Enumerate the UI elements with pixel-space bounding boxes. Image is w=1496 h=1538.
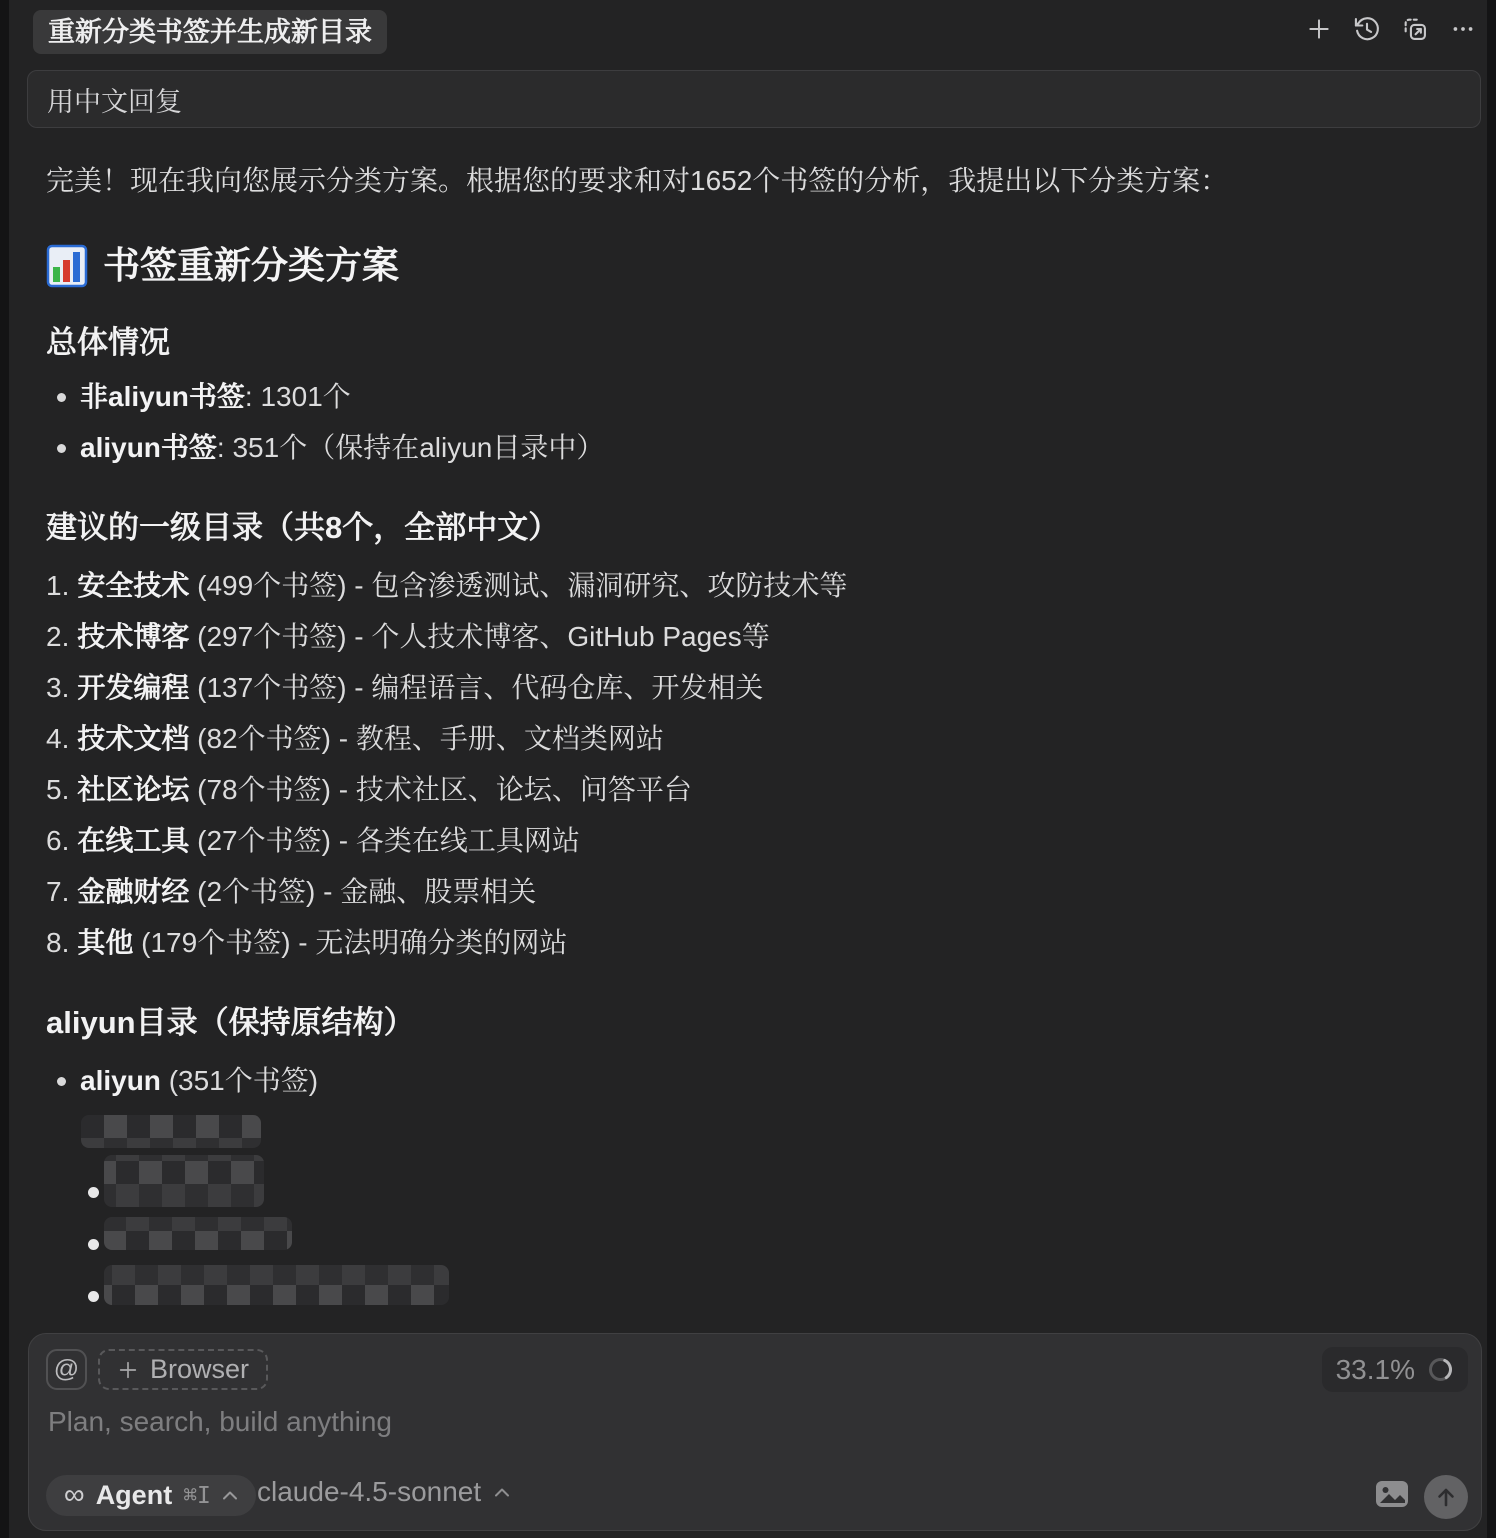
mention-button[interactable]: @ bbox=[46, 1349, 87, 1390]
right-edge-divider bbox=[1487, 0, 1496, 1538]
new-chat-button[interactable] bbox=[1304, 14, 1334, 44]
context-usage-indicator: 33.1% bbox=[1322, 1347, 1468, 1392]
more-options-button[interactable] bbox=[1448, 14, 1478, 44]
aliyun-list: aliyun (351个书签) bbox=[46, 1064, 1446, 1098]
history-button[interactable] bbox=[1352, 14, 1382, 44]
agent-shortcut: ⌘I bbox=[183, 1483, 211, 1509]
image-icon bbox=[1375, 1480, 1409, 1508]
user-message: 用中文回复 bbox=[27, 70, 1481, 128]
directories-heading: 建议的一级目录（共8个，全部中文） bbox=[46, 509, 1446, 547]
bullet-dot bbox=[88, 1291, 99, 1302]
list-item: 7.金融财经 (2个书签) - 金融、股票相关 bbox=[46, 875, 1446, 909]
history-icon bbox=[1353, 15, 1381, 43]
agent-mode-selector[interactable]: ∞ Agent ⌘I bbox=[46, 1475, 256, 1516]
more-icon bbox=[1450, 16, 1476, 42]
attach-image-button[interactable] bbox=[1375, 1480, 1409, 1508]
model-selector[interactable]: claude-4.5-sonnet bbox=[257, 1476, 510, 1508]
chevron-up-icon bbox=[494, 1487, 510, 1498]
list-item: 8.其他 (179个书签) - 无法明确分类的网站 bbox=[46, 926, 1446, 960]
redacted-block bbox=[104, 1155, 264, 1207]
composer-input[interactable]: Plan, search, build anything bbox=[48, 1406, 1461, 1438]
redacted-block bbox=[81, 1115, 261, 1148]
left-edge-divider bbox=[0, 0, 9, 1538]
popout-icon bbox=[1401, 15, 1429, 43]
usage-percent: 33.1% bbox=[1336, 1354, 1415, 1386]
list-item: 非aliyun书签: 1301个 bbox=[46, 380, 1446, 414]
at-icon: @ bbox=[54, 1355, 79, 1384]
list-item: aliyun (351个书签) bbox=[46, 1064, 1446, 1098]
aliyun-heading: aliyun目录（保持原结构） bbox=[46, 1004, 1446, 1042]
assistant-intro: 完美！现在我向您展示分类方案。根据您的要求和对1652个书签的分析，我提出以下分… bbox=[46, 164, 1446, 198]
plus-icon bbox=[1306, 16, 1332, 42]
redacted-block bbox=[104, 1265, 449, 1305]
list-item: 3.开发编程 (137个书签) - 编程语言、代码仓库、开发相关 bbox=[46, 671, 1446, 705]
overview-list: 非aliyun书签: 1301个 aliyun书签: 351个（保持在aliyu… bbox=[46, 380, 1446, 465]
plus-icon bbox=[117, 1359, 139, 1381]
browser-chip-label: Browser bbox=[150, 1354, 249, 1385]
arrow-up-icon bbox=[1434, 1485, 1458, 1509]
list-item: aliyun书签: 351个（保持在aliyun目录中） bbox=[46, 431, 1446, 465]
list-item: 5.社区论坛 (78个书签) - 技术社区、论坛、问答平台 bbox=[46, 773, 1446, 807]
composer-panel: @ Browser 33.1% Plan, search, build anyt… bbox=[28, 1333, 1482, 1531]
assistant-response: 完美！现在我向您展示分类方案。根据您的要求和对1652个书签的分析，我提出以下分… bbox=[46, 164, 1446, 1315]
directories-list: 1.安全技术 (499个书签) - 包含渗透测试、漏洞研究、攻防技术等 2.技术… bbox=[46, 569, 1446, 960]
chevron-up-icon bbox=[222, 1490, 238, 1501]
list-item: 2.技术博客 (297个书签) - 个人技术博客、GitHub Pages等 bbox=[46, 620, 1446, 654]
bullet-dot bbox=[88, 1239, 99, 1250]
agent-label: Agent bbox=[96, 1480, 173, 1511]
redacted-content bbox=[46, 1115, 1446, 1315]
section-title: 书签重新分类方案 bbox=[46, 242, 1446, 290]
header-toolbar bbox=[1304, 14, 1478, 44]
add-browser-chip[interactable]: Browser bbox=[98, 1349, 268, 1390]
model-name: claude-4.5-sonnet bbox=[257, 1476, 481, 1508]
redacted-block bbox=[104, 1217, 292, 1250]
infinity-icon: ∞ bbox=[64, 1481, 85, 1510]
section-title-text: 书签重新分类方案 bbox=[103, 242, 399, 290]
send-button[interactable] bbox=[1424, 1475, 1468, 1519]
bar-chart-emoji-icon bbox=[46, 243, 88, 289]
open-in-window-button[interactable] bbox=[1400, 14, 1430, 44]
list-item: 6.在线工具 (27个书签) - 各类在线工具网站 bbox=[46, 824, 1446, 858]
progress-ring-icon bbox=[1427, 1356, 1454, 1383]
list-item: 1.安全技术 (499个书签) - 包含渗透测试、漏洞研究、攻防技术等 bbox=[46, 569, 1446, 603]
list-item: 4.技术文档 (82个书签) - 教程、手册、文档类网站 bbox=[46, 722, 1446, 756]
overview-heading: 总体情况 bbox=[46, 324, 1446, 362]
conversation-tab[interactable]: 重新分类书签并生成新目录 bbox=[33, 10, 387, 54]
user-message-text: 用中文回复 bbox=[47, 80, 182, 119]
agent-chat-panel: 重新分类书签并生成新目录 用中文回复 完美！现在我向您展示分类方案。根据您 bbox=[0, 0, 1496, 1538]
bullet-dot bbox=[88, 1187, 99, 1198]
